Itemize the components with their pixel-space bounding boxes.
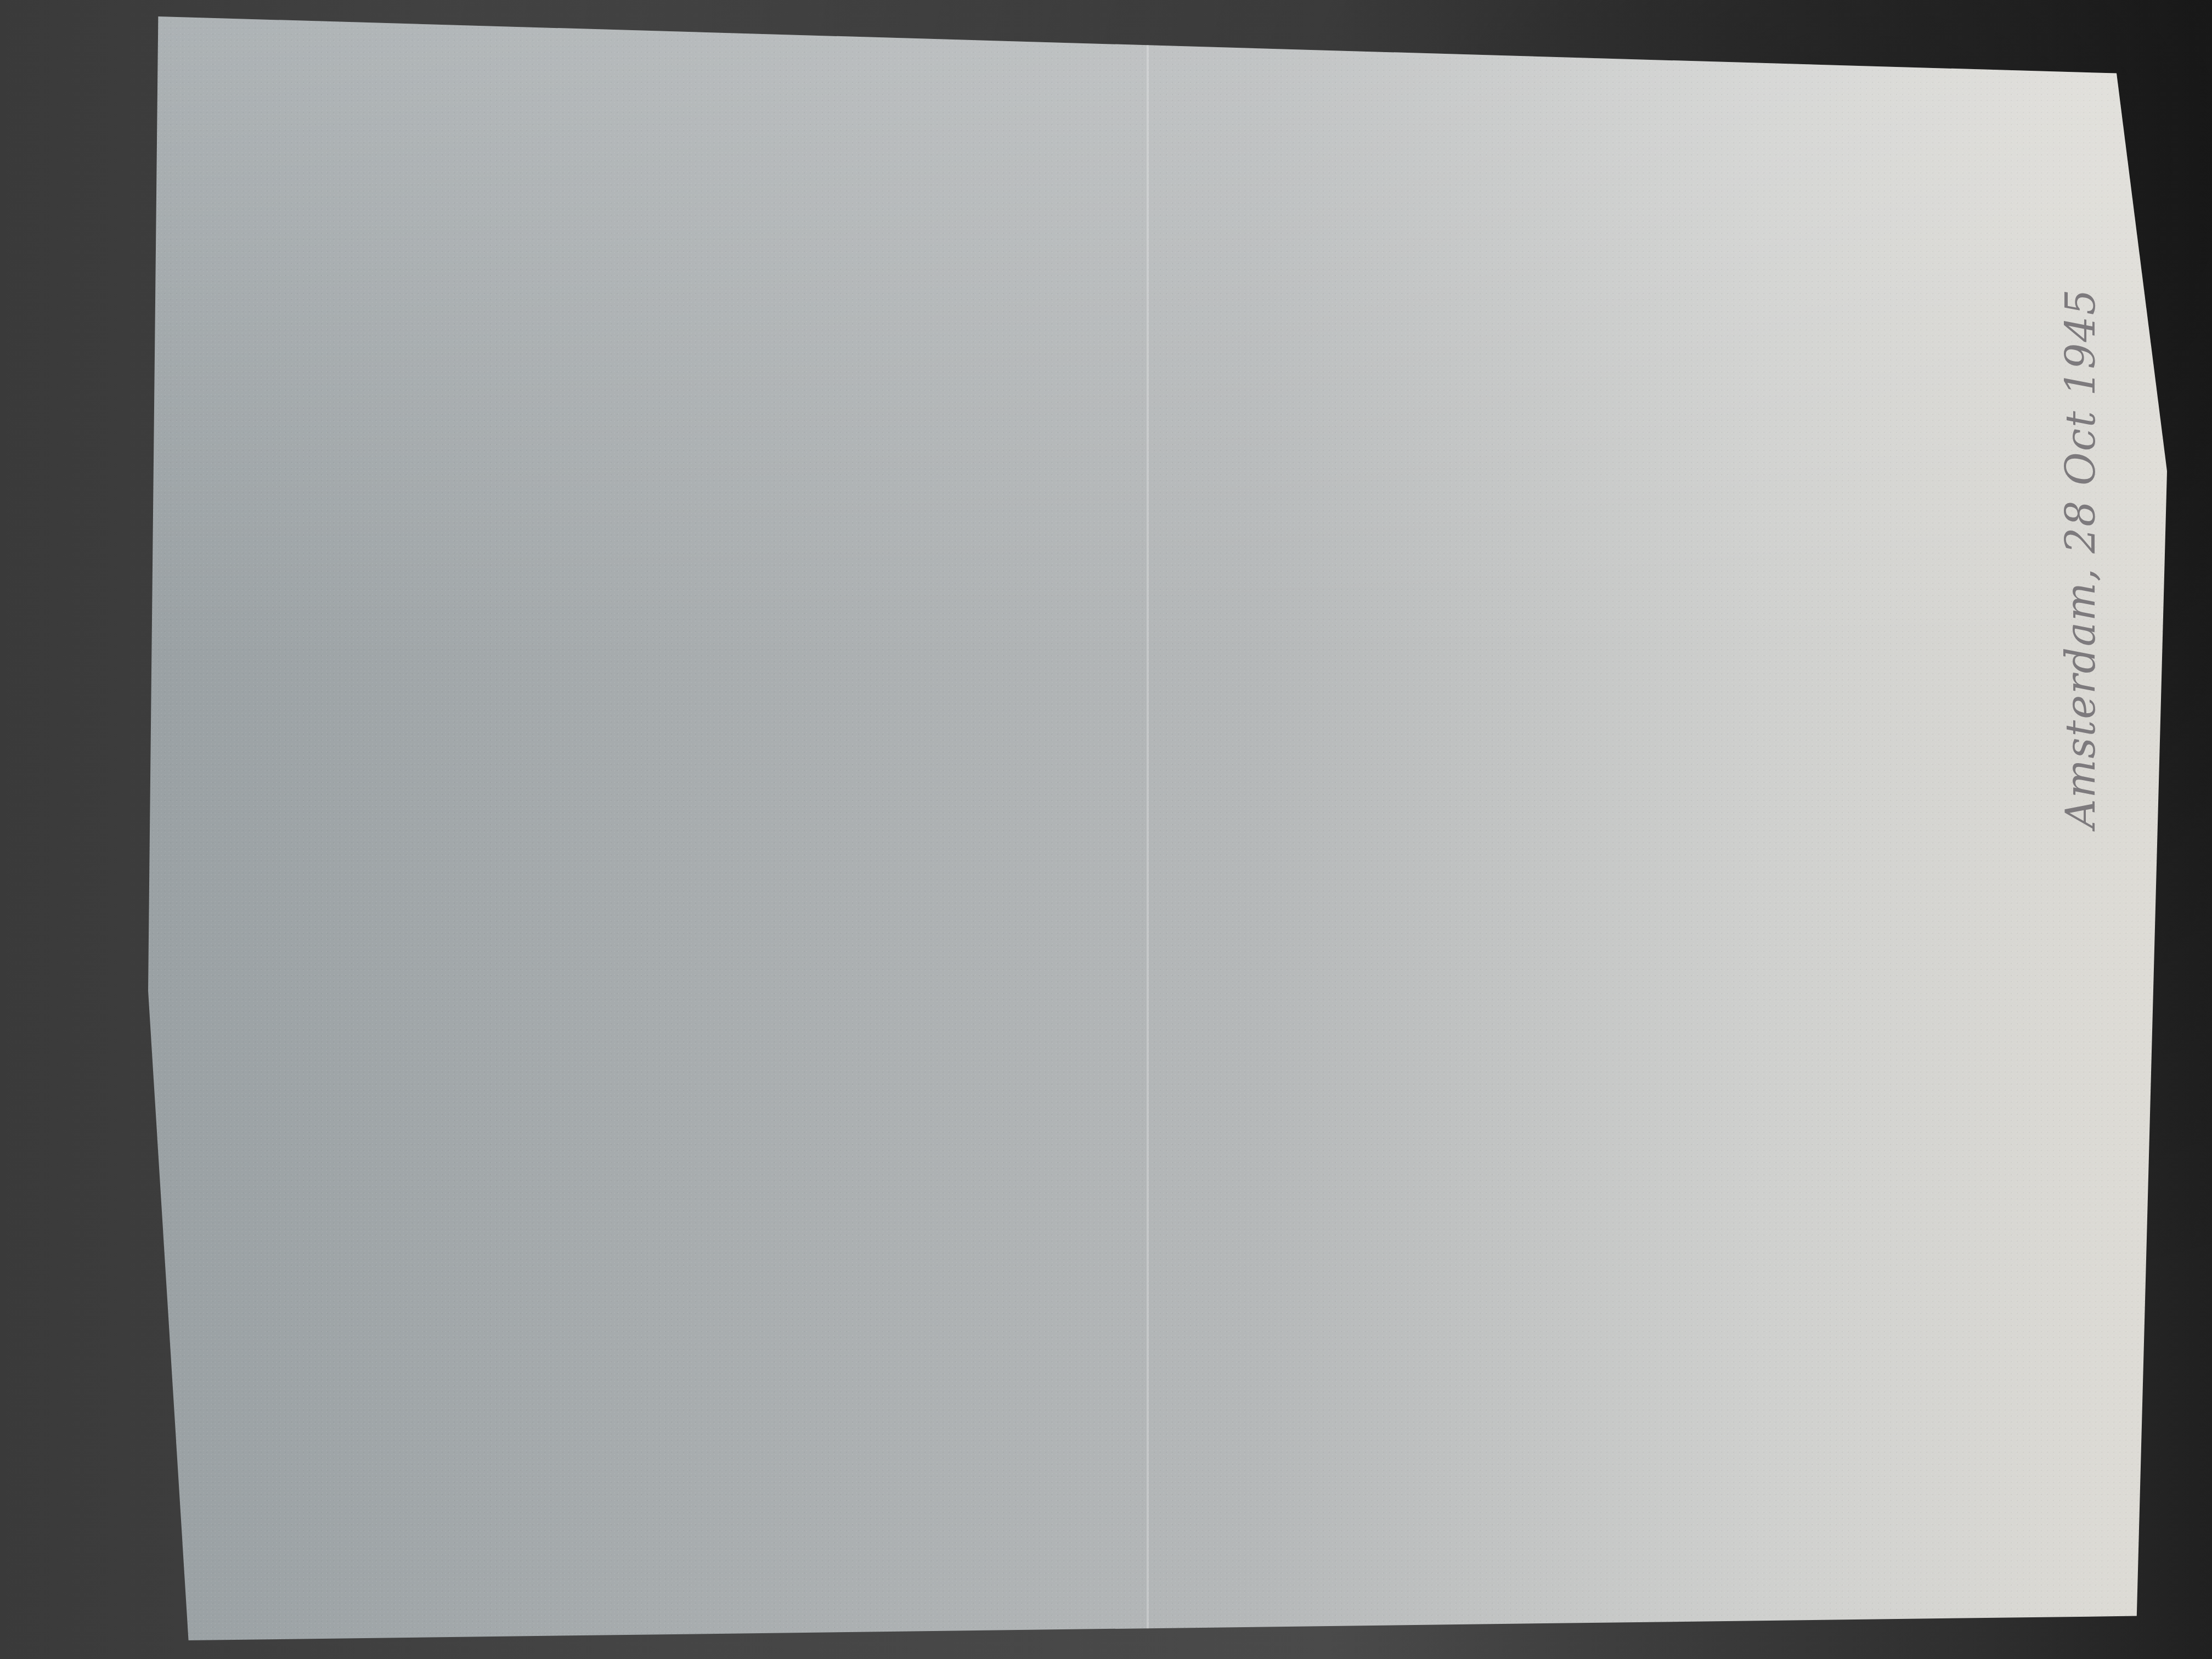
place-date: Amsterdam, 28 Oct 1945 bbox=[2057, 288, 2104, 828]
paper-texture bbox=[148, 16, 2167, 1640]
letter-content: Amsterdam, 28 Oct 1945 Aan het C.R.M. W.… bbox=[2041, 99, 2212, 1624]
fold-crease bbox=[1147, 16, 1149, 1640]
letter-sheet bbox=[148, 16, 2167, 1640]
